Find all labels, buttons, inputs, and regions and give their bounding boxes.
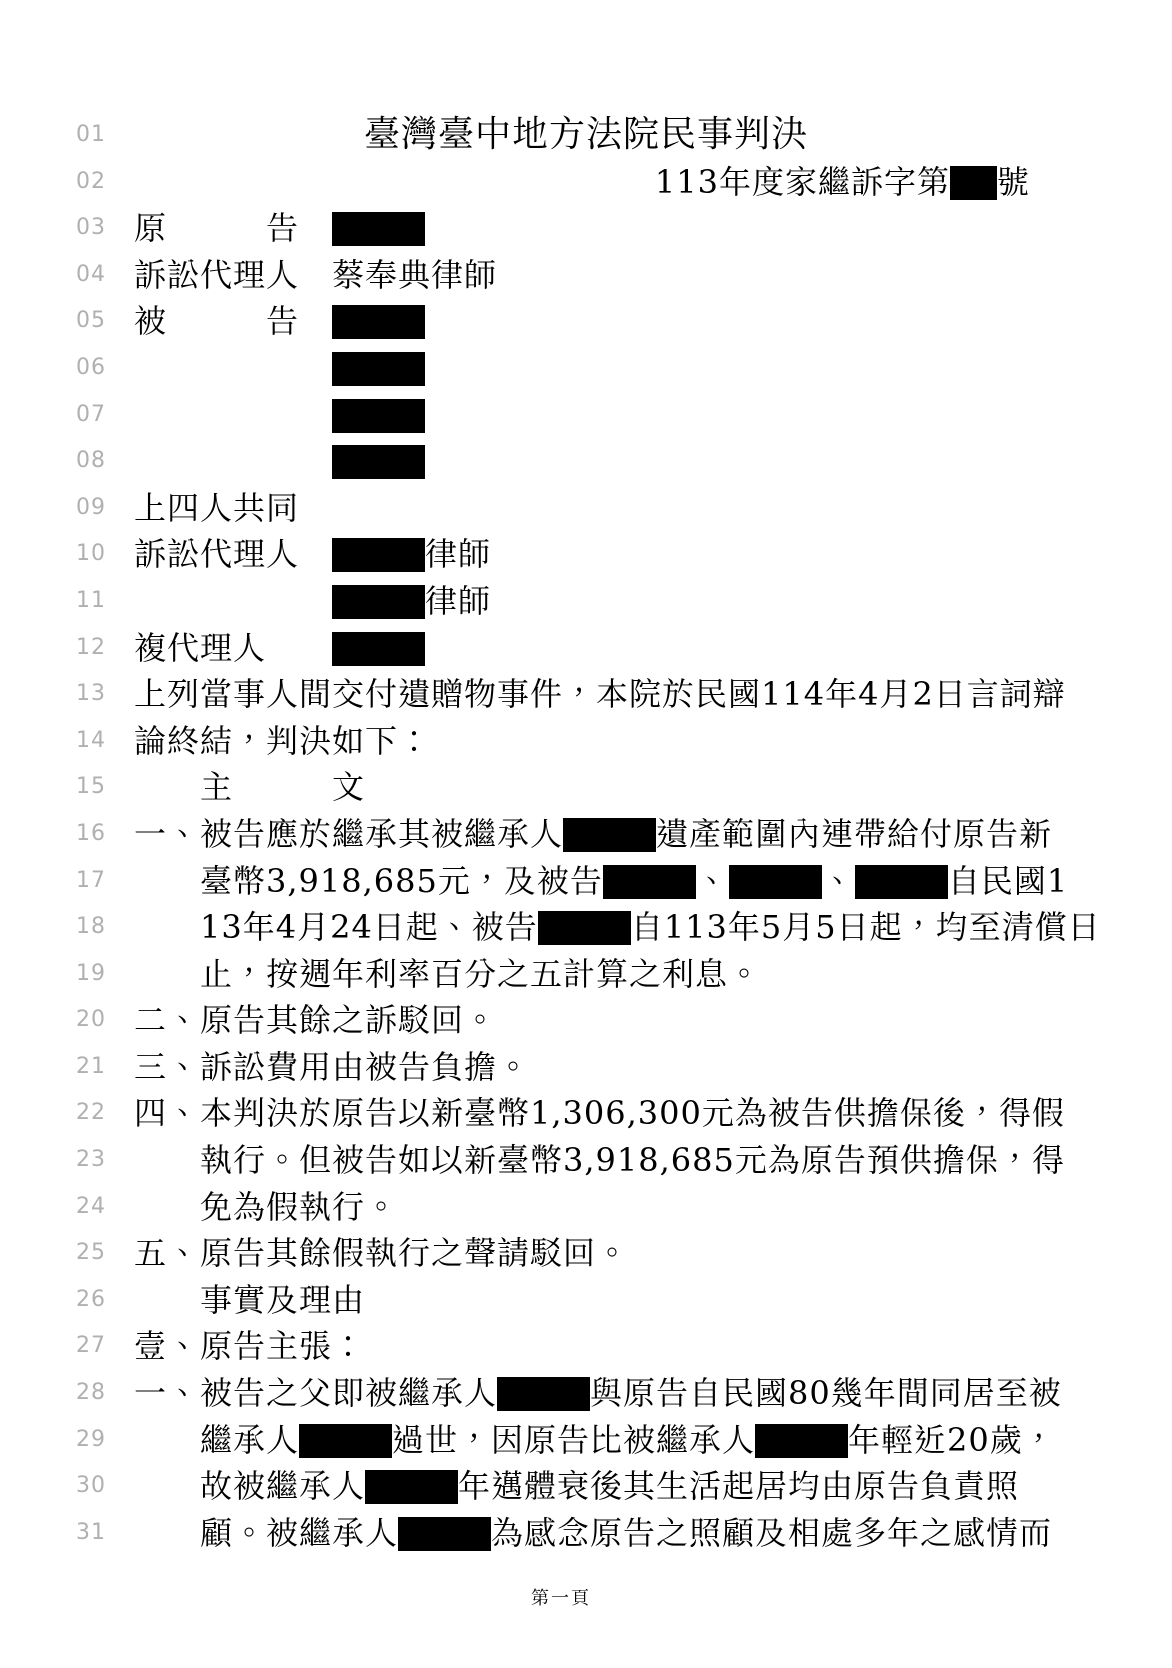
text-segment: 被 告 xyxy=(134,302,332,340)
line-content: 律師 xyxy=(134,578,1030,625)
line-number: 28 xyxy=(76,1370,106,1417)
line-content: 止，按週年利率百分之五計算之利息。 xyxy=(134,951,1030,998)
document-line: 07 xyxy=(0,392,1172,439)
text-segment: 免為假執行。 xyxy=(134,1188,398,1226)
judgment-page: 01臺灣臺中地方法院民事判決02113年度家繼訴字第號03原 告 04訴訟代理人… xyxy=(0,0,1172,1668)
redaction-box xyxy=(729,865,822,899)
line-number: 22 xyxy=(76,1090,106,1137)
text-segment: 上列當事人間交付遺贈物事件，本院於民國114年4月2日言詞辯 xyxy=(134,675,1066,713)
line-content: 三、訴訟費用由被告負擔。 xyxy=(134,1044,1030,1091)
text-segment: 、 xyxy=(822,862,855,900)
line-number: 08 xyxy=(76,438,106,485)
text-segment: 訴訟代理人 蔡奉典律師 xyxy=(134,256,497,294)
line-content: 原 告 xyxy=(134,205,1030,252)
line-content: 故被繼承人年邁體衰後其生活起居均由原告負責照 xyxy=(134,1463,1030,1510)
line-number: 02 xyxy=(76,159,106,206)
line-number: 10 xyxy=(76,531,106,578)
text-segment xyxy=(134,396,332,434)
redaction-box xyxy=(332,399,425,433)
line-content: 一、被告應於繼承其被繼承人遺產範圍內連帶給付原告新 xyxy=(134,811,1030,858)
line-number: 24 xyxy=(76,1184,106,1231)
document-line: 04訴訟代理人 蔡奉典律師 xyxy=(0,252,1172,299)
document-line: 15 主 文 xyxy=(0,764,1172,811)
line-content: 113年度家繼訴字第號 xyxy=(134,159,1030,206)
text-segment: 原 告 xyxy=(134,209,332,247)
redaction-box xyxy=(332,445,425,479)
redaction-box xyxy=(755,1424,848,1458)
document-line: 01臺灣臺中地方法院民事判決 xyxy=(0,112,1172,159)
text-segment: 論終結，判決如下： xyxy=(134,722,431,760)
line-number: 17 xyxy=(76,858,106,905)
document-line: 09上四人共同 xyxy=(0,485,1172,532)
page-footer: 第一頁 xyxy=(0,1584,1122,1610)
line-number: 18 xyxy=(76,904,106,951)
line-content: 四、本判決於原告以新臺幣1,306,300元為被告供擔保後，得假 xyxy=(134,1090,1030,1137)
document-line: 20二、原告其餘之訴駁回。 xyxy=(0,997,1172,1044)
text-segment: 為感念原告之照顧及相處多年之感情而 xyxy=(491,1514,1052,1552)
line-number: 20 xyxy=(76,997,106,1044)
line-number: 12 xyxy=(76,625,106,672)
text-segment: 訴訟代理人 xyxy=(134,535,332,573)
text-segment: 顧。被繼承人 xyxy=(134,1514,398,1552)
line-number: 30 xyxy=(76,1463,106,1510)
line-content xyxy=(134,438,1030,485)
document-line: 26 事實及理由 xyxy=(0,1277,1172,1324)
line-content: 顧。被繼承人為感念原告之照顧及相處多年之感情而 xyxy=(134,1510,1030,1557)
line-content: 臺灣臺中地方法院民事判決 xyxy=(0,112,1172,159)
text-segment: 壹、原告主張： xyxy=(134,1327,365,1365)
document-line: 13上列當事人間交付遺贈物事件，本院於民國114年4月2日言詞辯 xyxy=(0,671,1172,718)
line-number: 16 xyxy=(76,811,106,858)
document-line: 31 顧。被繼承人為感念原告之照顧及相處多年之感情而 xyxy=(0,1510,1172,1557)
redaction-box xyxy=(538,911,631,945)
line-content xyxy=(134,392,1030,439)
text-segment: 律師 xyxy=(425,582,491,620)
line-number: 25 xyxy=(76,1230,106,1277)
text-segment: 二、原告其餘之訴駁回。 xyxy=(134,1001,497,1039)
document-line: 19 止，按週年利率百分之五計算之利息。 xyxy=(0,951,1172,998)
text-segment: 四、本判決於原告以新臺幣1,306,300元為被告供擔保後，得假 xyxy=(134,1094,1065,1132)
text-segment: 與原告自民國80幾年間同居至被 xyxy=(590,1374,1062,1412)
text-segment: 113年度家繼訴字第 xyxy=(655,163,950,201)
line-number: 01 xyxy=(76,112,106,159)
line-number: 15 xyxy=(76,764,106,811)
line-number: 04 xyxy=(76,252,106,299)
document-body: 01臺灣臺中地方法院民事判決02113年度家繼訴字第號03原 告 04訴訟代理人… xyxy=(0,112,1172,1556)
line-content: 免為假執行。 xyxy=(134,1184,1030,1231)
line-content: 13年4月24日起、被告自113年5月5日起，均至清償日 xyxy=(134,904,1030,951)
document-line: 10訴訟代理人 律師 xyxy=(0,531,1172,578)
document-line: 27壹、原告主張： xyxy=(0,1323,1172,1370)
line-content: 壹、原告主張： xyxy=(134,1323,1030,1370)
document-line: 23 執行。但被告如以新臺幣3,918,685元為原告預供擔保，得 xyxy=(0,1137,1172,1184)
line-content: 執行。但被告如以新臺幣3,918,685元為原告預供擔保，得 xyxy=(134,1137,1030,1184)
text-segment: 號 xyxy=(997,163,1030,201)
text-segment: 故被繼承人 xyxy=(134,1467,365,1505)
text-segment: 五、原告其餘假執行之聲請駁回。 xyxy=(134,1234,629,1272)
line-content: 複代理人 xyxy=(134,625,1030,672)
line-number: 03 xyxy=(76,205,106,252)
text-segment xyxy=(134,349,332,387)
text-segment: 年輕近20歲， xyxy=(848,1421,1056,1459)
document-line: 22四、本判決於原告以新臺幣1,306,300元為被告供擔保後，得假 xyxy=(0,1090,1172,1137)
text-segment: 自113年5月5日起，均至清償日 xyxy=(631,908,1101,946)
line-number: 27 xyxy=(76,1323,106,1370)
line-content: 一、被告之父即被繼承人與原告自民國80幾年間同居至被 xyxy=(134,1370,1030,1417)
line-content: 上四人共同 xyxy=(134,485,1030,532)
line-number: 05 xyxy=(76,298,106,345)
line-number: 14 xyxy=(76,718,106,765)
line-content: 事實及理由 xyxy=(134,1277,1030,1324)
line-content: 論終結，判決如下： xyxy=(134,718,1030,765)
text-segment: 、 xyxy=(696,862,729,900)
document-line: 25五、原告其餘假執行之聲請駁回。 xyxy=(0,1230,1172,1277)
line-content: 上列當事人間交付遺贈物事件，本院於民國114年4月2日言詞辯 xyxy=(134,671,1030,718)
document-line: 17 臺幣3,918,685元，及被告、、自民國1 xyxy=(0,858,1172,905)
document-line: 28一、被告之父即被繼承人與原告自民國80幾年間同居至被 xyxy=(0,1370,1172,1417)
line-number: 09 xyxy=(76,485,106,532)
line-number: 23 xyxy=(76,1137,106,1184)
line-number: 31 xyxy=(76,1510,106,1557)
line-number: 06 xyxy=(76,345,106,392)
redaction-box xyxy=(332,585,425,619)
line-content: 五、原告其餘假執行之聲請駁回。 xyxy=(134,1230,1030,1277)
text-segment: 年邁體衰後其生活起居均由原告負責照 xyxy=(458,1467,1019,1505)
line-content: 二、原告其餘之訴駁回。 xyxy=(134,997,1030,1044)
document-line: 14論終結，判決如下： xyxy=(0,718,1172,765)
line-number: 19 xyxy=(76,951,106,998)
redaction-box xyxy=(299,1424,392,1458)
redaction-box xyxy=(563,818,656,852)
line-number: 21 xyxy=(76,1044,106,1091)
text-segment: 三、訴訟費用由被告負擔。 xyxy=(134,1048,530,1086)
text-segment: 主 文 xyxy=(134,768,365,806)
text-segment: 繼承人 xyxy=(134,1421,299,1459)
text-segment: 律師 xyxy=(425,535,491,573)
text-segment: 臺幣3,918,685元，及被告 xyxy=(134,862,603,900)
line-content: 主 文 xyxy=(134,764,1030,811)
text-segment: 過世，因原告比被繼承人 xyxy=(392,1421,755,1459)
document-line: 18 13年4月24日起、被告自113年5月5日起，均至清償日 xyxy=(0,904,1172,951)
text-segment: 事實及理由 xyxy=(134,1281,365,1319)
document-line: 12複代理人 xyxy=(0,625,1172,672)
document-line: 05被 告 xyxy=(0,298,1172,345)
line-content: 訴訟代理人 蔡奉典律師 xyxy=(134,252,1030,299)
line-number: 26 xyxy=(76,1277,106,1324)
text-segment: 13年4月24日起、被告 xyxy=(134,908,538,946)
line-content xyxy=(134,345,1030,392)
document-line: 03原 告 xyxy=(0,205,1172,252)
line-content: 臺幣3,918,685元，及被告、、自民國1 xyxy=(134,858,1030,905)
text-segment: 臺灣臺中地方法院民事判決 xyxy=(364,114,808,155)
redaction-box xyxy=(332,352,425,386)
redaction-box xyxy=(332,632,425,666)
redaction-box xyxy=(332,305,425,339)
line-number: 13 xyxy=(76,671,106,718)
text-segment: 一、被告應於繼承其被繼承人 xyxy=(134,815,563,853)
redaction-box xyxy=(603,865,696,899)
text-segment xyxy=(134,582,332,620)
line-number: 07 xyxy=(76,392,106,439)
text-segment xyxy=(134,442,332,480)
text-segment: 上四人共同 xyxy=(134,489,299,527)
redaction-box xyxy=(365,1470,458,1504)
document-line: 21三、訴訟費用由被告負擔。 xyxy=(0,1044,1172,1091)
redaction-box xyxy=(332,538,425,572)
redaction-box xyxy=(398,1517,491,1551)
redaction-box xyxy=(497,1377,590,1411)
document-line: 16一、被告應於繼承其被繼承人遺產範圍內連帶給付原告新 xyxy=(0,811,1172,858)
document-line: 11 律師 xyxy=(0,578,1172,625)
line-number: 11 xyxy=(76,578,106,625)
document-line: 24 免為假執行。 xyxy=(0,1184,1172,1231)
line-number: 29 xyxy=(76,1417,106,1464)
text-segment: 止，按週年利率百分之五計算之利息。 xyxy=(134,955,761,993)
document-line: 08 xyxy=(0,438,1172,485)
text-segment: 複代理人 xyxy=(134,629,332,667)
line-content: 被 告 xyxy=(134,298,1030,345)
text-segment: 自民國1 xyxy=(948,862,1068,900)
document-line: 30 故被繼承人年邁體衰後其生活起居均由原告負責照 xyxy=(0,1463,1172,1510)
text-segment: 一、被告之父即被繼承人 xyxy=(134,1374,497,1412)
line-content: 繼承人過世，因原告比被繼承人年輕近20歲， xyxy=(134,1417,1030,1464)
text-segment: 遺產範圍內連帶給付原告新 xyxy=(656,815,1052,853)
document-line: 06 xyxy=(0,345,1172,392)
document-line: 02113年度家繼訴字第號 xyxy=(0,159,1172,206)
redaction-box xyxy=(950,166,997,200)
text-segment: 執行。但被告如以新臺幣3,918,685元為原告預供擔保，得 xyxy=(134,1141,1065,1179)
line-content: 訴訟代理人 律師 xyxy=(134,531,1030,578)
redaction-box xyxy=(855,865,948,899)
redaction-box xyxy=(332,212,425,246)
document-line: 29 繼承人過世，因原告比被繼承人年輕近20歲， xyxy=(0,1417,1172,1464)
